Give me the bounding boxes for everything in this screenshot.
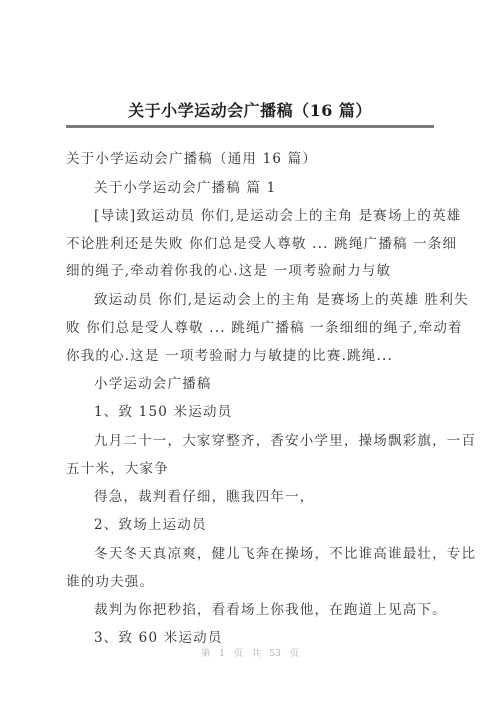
page-footer: 第 1 页 共 53 页: [0, 646, 500, 659]
text-line: 谁的功夫强。: [66, 570, 154, 590]
text-line: 细的绳子,牵动着你我的心.这是 一项考验耐力与敏: [66, 259, 391, 279]
text-line: 致运动员 你们,是运动会上的主角 是赛场上的英雄 胜利失: [94, 288, 469, 308]
text-line: 五十米，大家争: [66, 457, 169, 477]
text-line: 裁判为你把秒掐，看看场上你我他，在跑道上见高下。: [94, 598, 447, 618]
text-line: 1、致 150 米运动员: [94, 400, 232, 420]
text-line: 九月二十一，大家穿整齐，香安小学里，操场飘彩旗，一百: [94, 429, 476, 449]
text-line: 关于小学运动会广播稿 篇 1: [94, 176, 276, 196]
text-line: 关于小学运动会广播稿（通用 16 篇）: [66, 147, 317, 167]
text-line: 2、致场上运动员: [94, 513, 207, 533]
text-line: [导读]致运动员 你们,是运动会上的主角 是赛场上的英雄: [94, 204, 462, 224]
title-divider: [66, 125, 434, 128]
document-title: 关于小学运动会广播稿（16 篇）: [0, 98, 500, 121]
text-line: 3、致 60 米运动员: [94, 626, 223, 646]
text-line: 你我的心.这是 一项考验耐力与敏捷的比赛.跳绳...: [66, 344, 393, 364]
text-line: 不论胜利还是失败 你们总是受人尊敬 ... 跳绳广播稿 一条细: [66, 232, 457, 252]
text-line: 冬天冬天真凉爽，健儿飞奔在操场，不比谁高谁最壮，专比: [94, 542, 476, 562]
text-line: 败 你们总是受人尊敬 ... 跳绳广播稿 一条细细的绳子,牵动着: [66, 316, 463, 336]
text-line: 得急，裁判看仔细，瞧我四年一，: [94, 485, 315, 505]
text-line: 小学运动会广播稿: [94, 372, 212, 392]
